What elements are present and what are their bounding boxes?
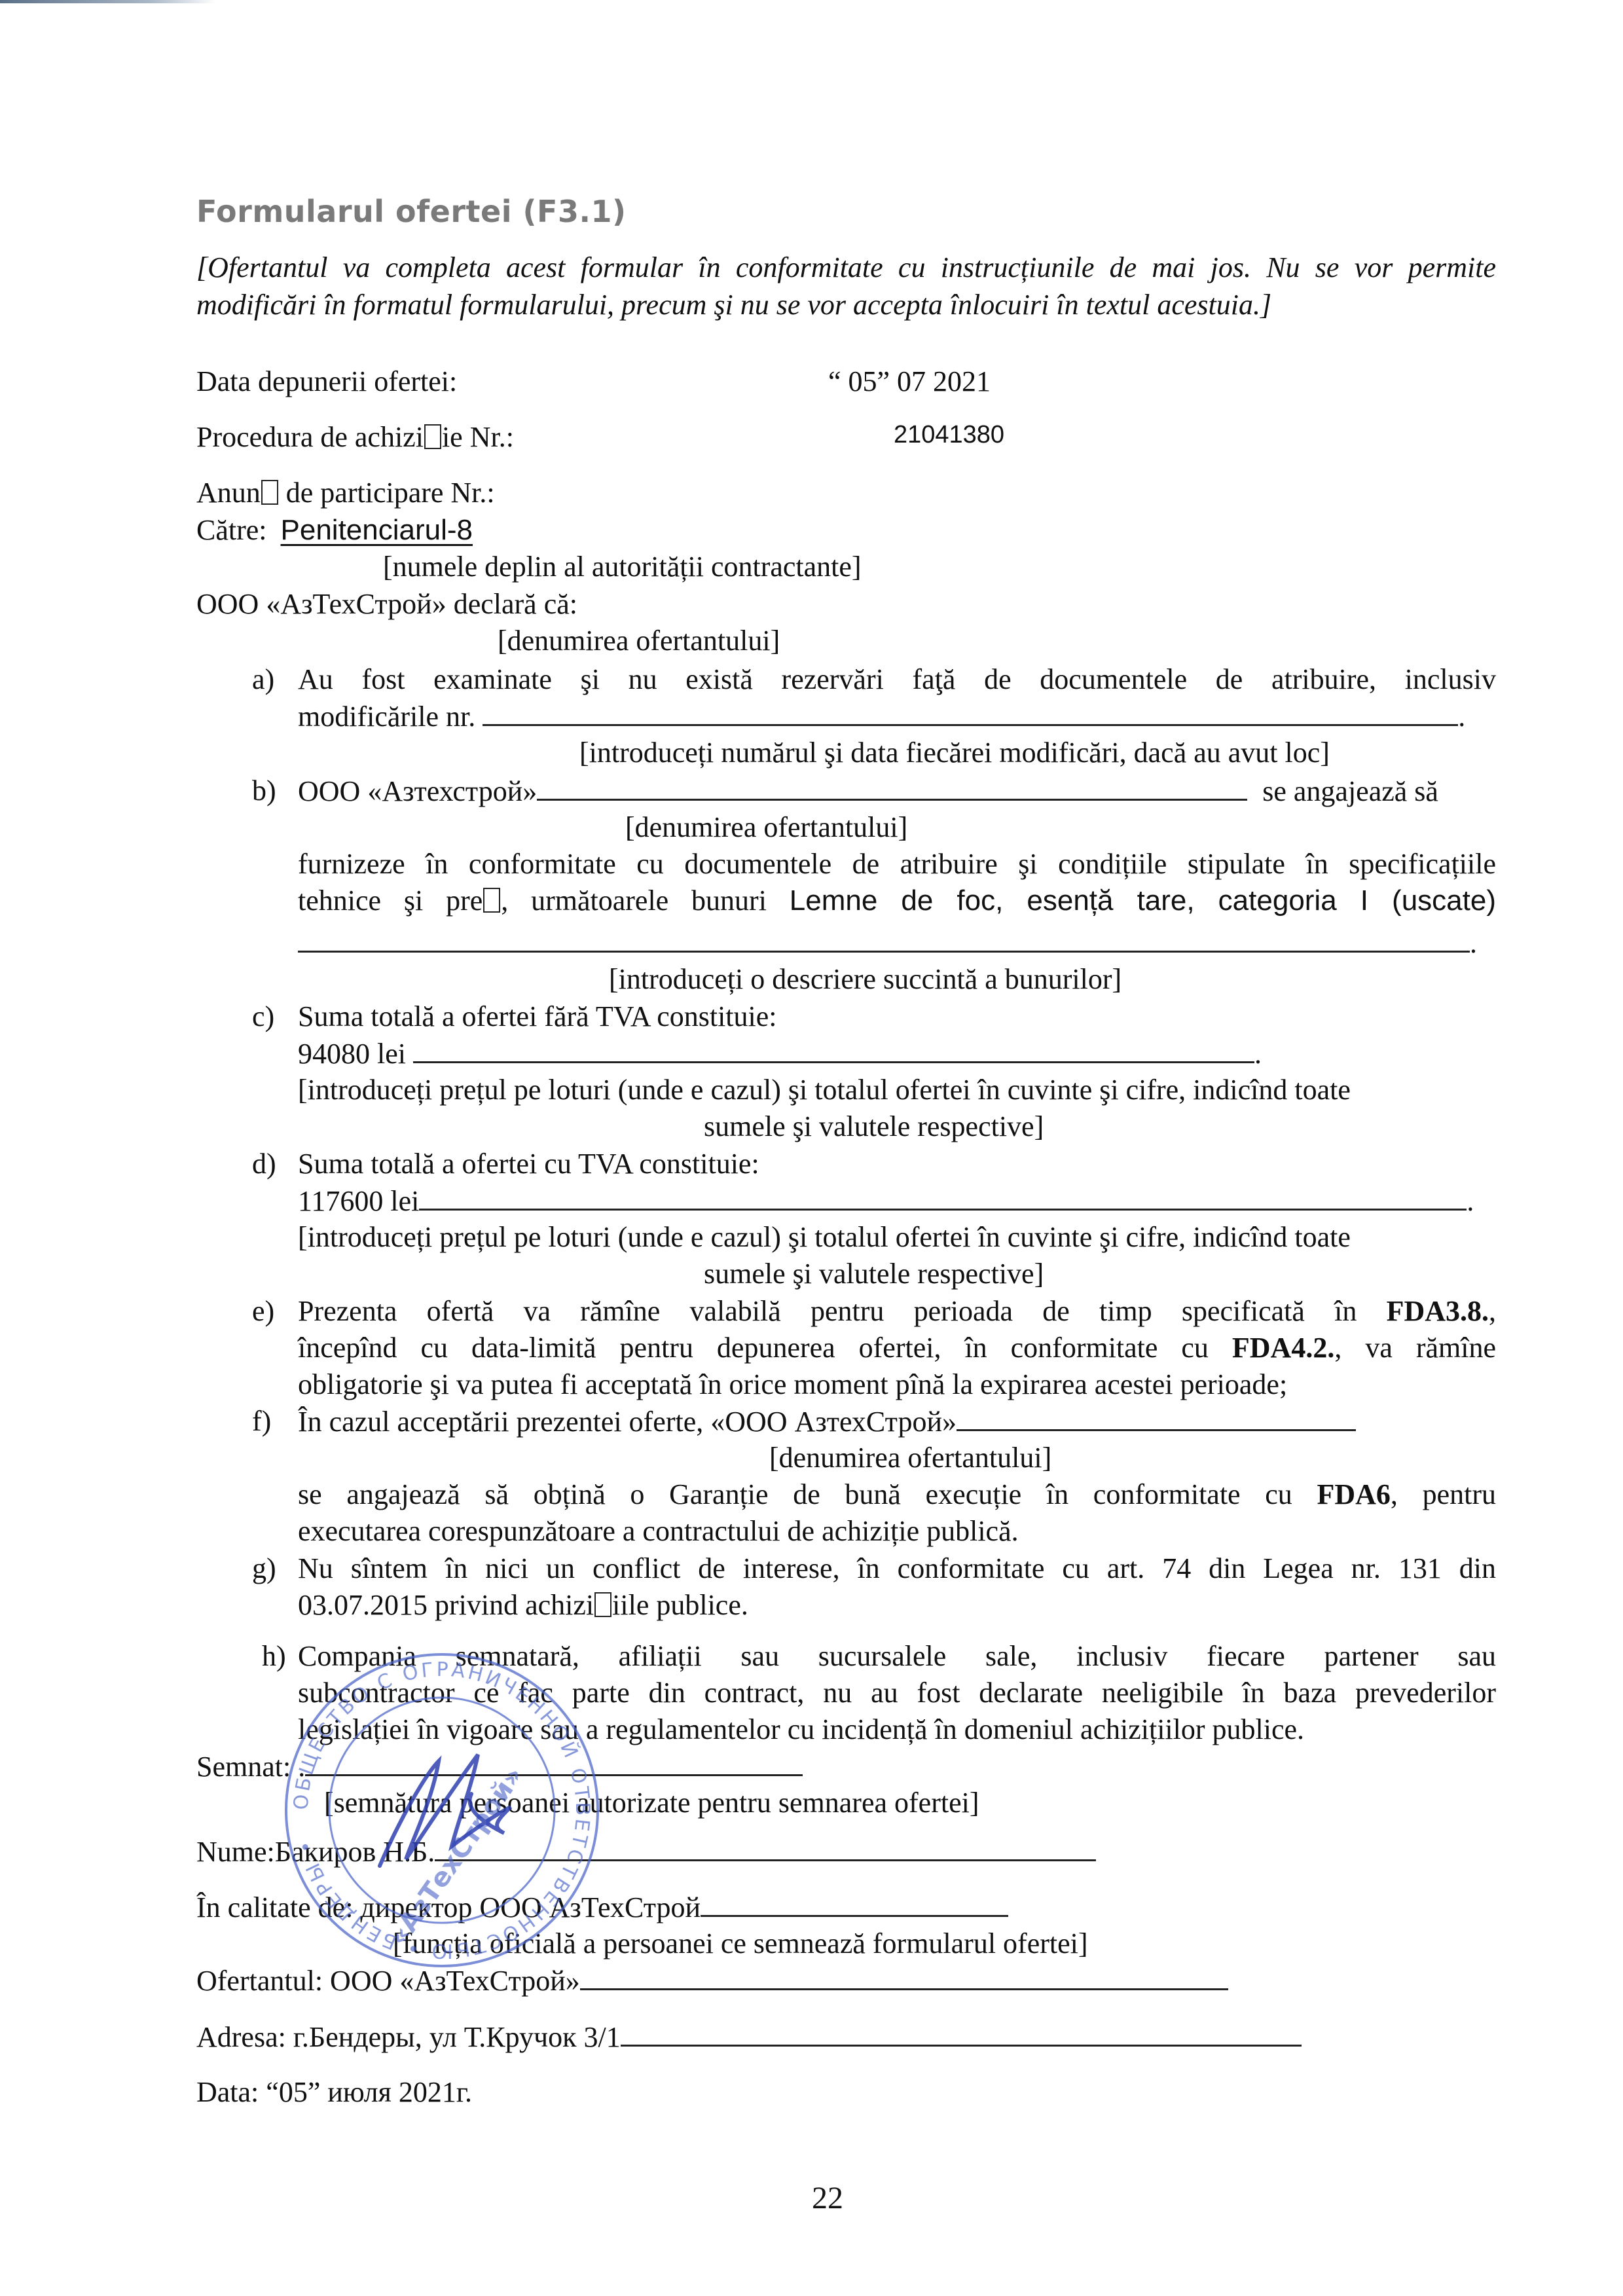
role-line: În calitate de: директор ООО АзТехСтрой [196,1889,1008,1926]
price-with-vat-field[interactable] [419,1182,1467,1211]
clause-c-hint-1: [introduceți prețul pe loturi (unde e ca… [298,1072,1351,1108]
contracting-authority-hint: [numele deplin al autorității contractan… [383,549,862,585]
submission-date-value: “ 05” 07 2021 [828,363,991,400]
clause-g-letter: g) [252,1550,276,1587]
clause-h-line3: legislației în vigoare sau a regulamente… [298,1711,1304,1748]
clause-f-letter: f) [252,1403,271,1440]
clause-h-line2: subcontractor ce fac parte din contract,… [298,1675,1496,1711]
clause-c-hint-2: sumele şi valutele respective] [704,1108,1044,1145]
signer-name: Бакиров Н.Б. [275,1836,435,1868]
page-number: 22 [812,2180,843,2216]
address-line: Adresa: г.Бендеры, ул Т.Кручок 3/1 [196,2018,1302,2056]
name-field[interactable] [435,1833,1096,1861]
clause-h-line1: Compania semnatară, afiliații sau sucurs… [298,1638,1496,1675]
clause-b-goods-blank: . [298,924,1477,962]
clause-d-letter: d) [252,1146,276,1182]
clause-b-bidder-hint: [denumirea ofertantului] [625,809,907,846]
clause-c-text: Suma totală a ofertei fără TVA constitui… [298,998,777,1035]
contracting-authority-name: Penitenciarul-8 [281,514,473,546]
clause-c-letter: c) [252,998,274,1035]
bidder-field[interactable] [580,1962,1228,1990]
missing-glyph-box [424,424,441,449]
scan-edge-artifact [0,0,216,3]
clause-a-text: Au fost examinate şi nu există rezervări… [298,661,1496,698]
clause-e-letter: e) [252,1293,274,1330]
role-hint: [funcția oficială a persoanei ce semneaz… [393,1925,1088,1962]
role-field[interactable] [701,1889,1008,1917]
clause-g-line1: Nu sîntem în nici un conflict de interes… [298,1550,1496,1587]
bidder-name-hint: [denumirea ofertantului] [498,623,780,659]
goods-description-field[interactable] [298,924,1470,953]
signing-date: “05” июля 2021г. [266,2076,472,2108]
recipient-line: Către: Penitenciarul-8 [196,512,473,549]
page-title: Formularul ofertei (F3.1) [196,194,626,229]
clause-b-letter: b) [252,773,276,809]
name-line: Nume:Бакиров Н.Б. [196,1833,1096,1870]
signer-role: директор ООО АзТехСтрой [360,1891,701,1923]
clause-f-line3: executarea corespunzătoare a contractulu… [298,1513,1019,1550]
clause-a-modifications: modificările nr. . [298,698,1465,735]
signature-hint: [semnătura persoanei autorizate pentru s… [324,1785,979,1821]
bidder-name-field-f[interactable] [957,1403,1356,1431]
procedure-number-value: 21041380 [894,416,1004,453]
clause-f-line1: În cazul acceptării prezentei oferte, «О… [298,1403,1356,1440]
bidder-name: ООО «АзТехСтрой» [330,1965,580,1997]
signature-field[interactable] [305,1748,803,1776]
clause-e-line2: începînd cu data-limită pentru depunerea… [298,1330,1496,1366]
clause-d-hint-1: [introduceți prețul pe loturi (unde e ca… [298,1219,1351,1256]
missing-glyph-box [483,888,500,913]
bidder-address: г.Бендеры, ул Т.Кручок 3/1 [293,2021,621,2053]
clause-a-letter: a) [252,661,274,698]
clause-c-amount-line: 94080 lei . [298,1035,1262,1072]
clause-e-line1: Prezenta ofertă va rămîne valabilă pentr… [298,1293,1496,1330]
missing-glyph-box [261,480,278,505]
modifications-field[interactable] [483,698,1458,726]
submission-date-label: Data depunerii ofertei: [196,363,457,400]
fda-4-2-ref: FDA4.2. [1232,1332,1334,1364]
fda-6-ref: FDA6 [1317,1478,1390,1510]
clause-d-text: Suma totală a ofertei cu TVA constituie: [298,1146,759,1182]
notice-number-label: Anun de participare Nr.: [196,475,495,511]
clause-g-line2: 03.07.2015 privind achiziiile publice. [298,1587,748,1624]
date-line: Data: “05” июля 2021г. [196,2074,472,2111]
clause-b-text-a: furnizeze în conformitate cu documentele… [298,846,1496,883]
address-field[interactable] [621,2018,1302,2047]
clause-f-line2: se angajează să obțină o Garanție de bun… [298,1476,1496,1513]
price-without-vat-field[interactable] [413,1035,1254,1063]
clause-e-line3: obligatorie şi va putea fi acceptată în … [298,1366,1287,1403]
clause-d-amount-line: 117600 lei. [298,1182,1474,1220]
bidder-name-field[interactable] [537,773,1247,801]
clause-b-text-b: tehnice şi pre, următoarele bunuri Lemne… [298,883,1496,919]
clause-a-hint: [introduceți numărul şi data fiecărei mo… [579,735,1330,771]
clause-d-hint-2: sumele şi valutele respective] [704,1256,1044,1292]
instructions-paragraph: [Ofertantul va completa acest formular î… [196,249,1496,323]
clause-f-hint: [denumirea ofertantului] [769,1440,1051,1476]
procedure-number-label: Procedura de achiziie Nr.: [196,419,514,456]
bidder-declares: ООО «АзТехСтрой» declară că: [196,586,577,623]
signed-line: Semnat: . [196,1748,803,1785]
price-without-vat: 94080 lei [298,1038,406,1070]
price-with-vat: 117600 lei [298,1185,419,1217]
bidder-line: Ofertantul: ООО «АзТехСтрой» [196,1962,1228,1999]
clause-b-hint: [introduceți o descriere succintă a bunu… [609,961,1122,998]
fda-3-8-ref: FDA3.8. [1387,1295,1489,1327]
clause-h-letter: h) [262,1638,286,1675]
goods-description: Lemne de foc, esență tare, categoria I (… [790,884,1496,917]
missing-glyph-box [594,1592,611,1617]
clause-b-line1: ООО «Азтехстрой» se angajează să [298,773,1438,810]
